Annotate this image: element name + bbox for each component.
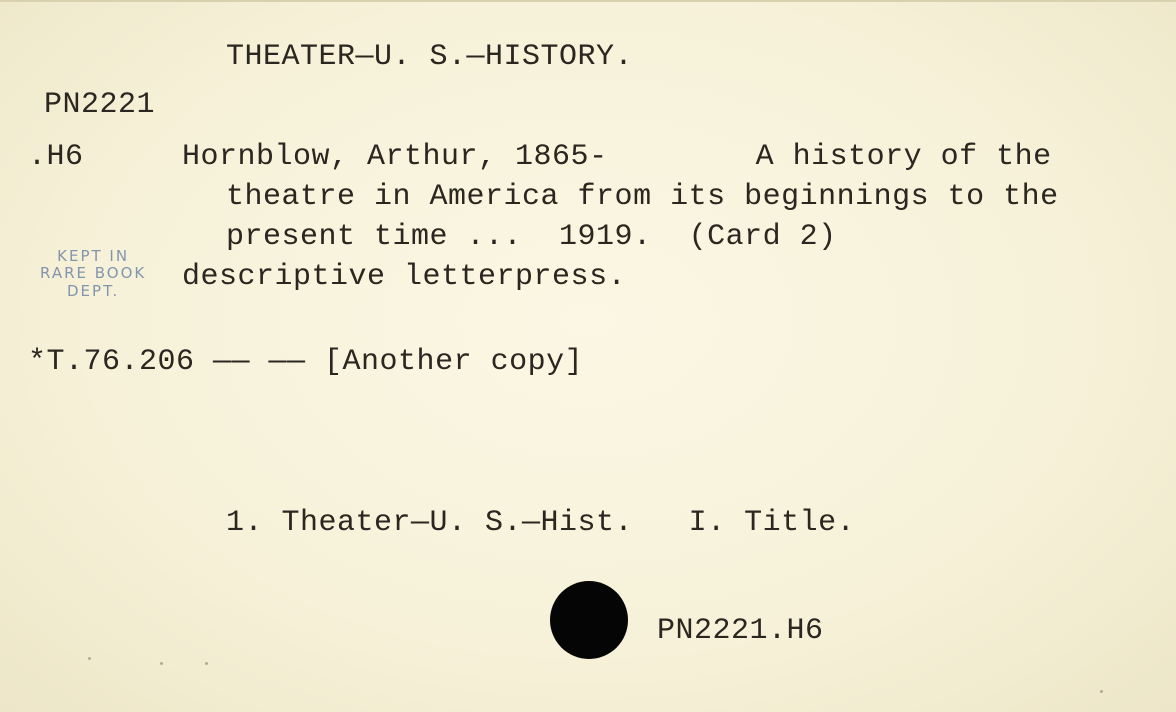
- catalog-card: THEATER—U. S.—HISTORY. PN2221 .H6 Hornbl…: [0, 0, 1176, 712]
- location-stamp: KEPT IN RARE BOOK DEPT.: [40, 248, 146, 300]
- speck-mark: [88, 657, 91, 660]
- subject-heading: THEATER—U. S.—HISTORY.: [226, 42, 633, 72]
- stamp-line-2: RARE BOOK: [40, 265, 146, 282]
- call-number-cutter: .H6: [28, 142, 84, 172]
- call-number-class: PN2221: [44, 90, 155, 120]
- entry-line-4: descriptive letterpress.: [182, 262, 626, 292]
- speck-mark: [1100, 690, 1103, 693]
- speck-mark: [205, 662, 208, 665]
- stamp-line-3: DEPT.: [40, 283, 146, 300]
- spine-call-number: PN2221.H6: [657, 616, 824, 646]
- other-copy-line: *T.76.206 —— —— [Another copy]: [28, 347, 583, 377]
- stamp-line-1: KEPT IN: [40, 248, 146, 265]
- entry-line-3: present time ... 1919. (Card 2): [226, 222, 837, 252]
- entry-line-1: Hornblow, Arthur, 1865- A history of the: [182, 142, 1052, 172]
- punch-hole-icon: [550, 581, 628, 659]
- speck-mark: [160, 662, 163, 665]
- tracings-line: 1. Theater—U. S.—Hist. I. Title.: [226, 508, 855, 538]
- entry-line-2: theatre in America from its beginnings t…: [226, 182, 1059, 212]
